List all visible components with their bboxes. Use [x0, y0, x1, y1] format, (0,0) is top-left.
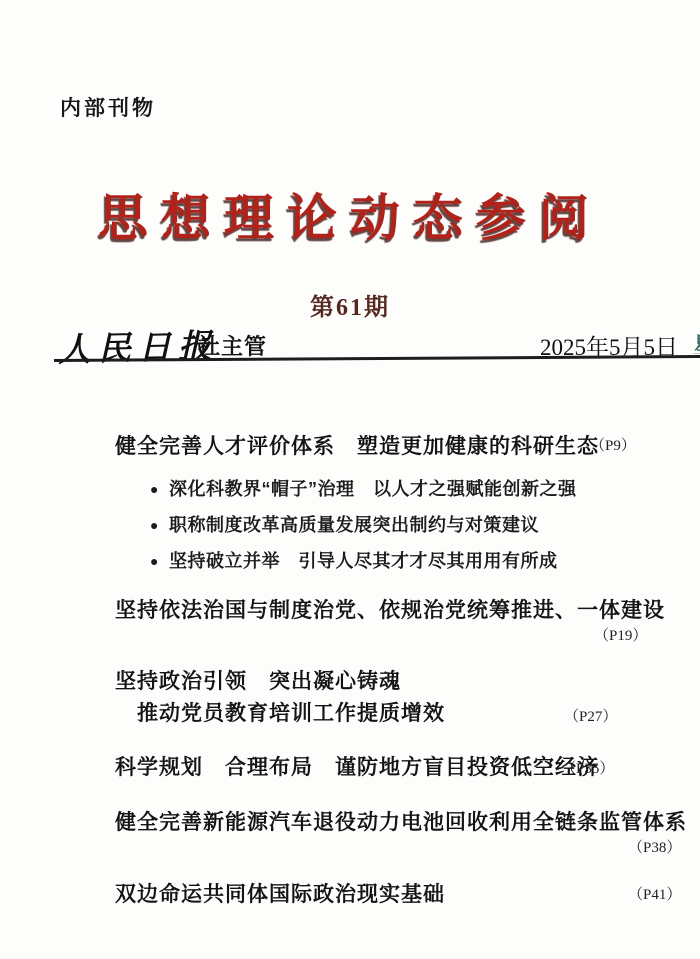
toc-entry-title: 健全完善人才评价体系 塑造更加健康的科研生态: [115, 430, 599, 460]
supervisor-label: 社主管: [198, 330, 267, 361]
toc-page-ref: （P35）: [561, 757, 614, 778]
page-title: 思想理论动态参阅: [0, 178, 700, 250]
toc-page-ref: （P19）: [594, 624, 647, 645]
toc-page-ref: （P9）: [590, 434, 636, 455]
toc-entry-title: 坚持依法治国与制度治党、依规治党统筹推进、一体建设: [115, 594, 665, 624]
clipped-edge-glyph: 星: [693, 332, 700, 354]
toc-bullet-item: ●深化科教界“帽子”治理 以人才之强赋能创新之强: [150, 475, 576, 501]
toc-page-ref: （P41）: [628, 883, 681, 904]
bullet-icon: ●: [150, 481, 159, 497]
peoples-daily-logo: 人民日报: [57, 320, 218, 371]
toc-bullet-item: ●坚持破立并举 引导人尽其才才尽其用用有所成: [150, 547, 557, 573]
issue-number: 第61期: [0, 287, 700, 322]
bullet-icon: ●: [150, 517, 159, 533]
toc-bullet-item: ●职称制度改革高质量发展突出制约与对策建议: [150, 511, 539, 537]
toc-entry-title: 双边命运共同体国际政治现实基础: [115, 878, 445, 908]
toc-entry-title: 健全完善新能源汽车退役动力电池回收利用全链条监管体系: [115, 806, 687, 836]
toc-page-ref: （P38）: [628, 836, 681, 857]
toc-page-ref: （P27）: [564, 705, 617, 726]
toc-entry-title: 坚持政治引领 突出凝心铸魂: [115, 665, 401, 695]
toc-entry-title-line2: 推动党员教育培训工作提质增效: [137, 697, 445, 727]
classification-label: 内部刊物: [60, 92, 156, 122]
toc-bullet-text: 坚持破立并举 引导人尽其才才尽其用用有所成: [169, 551, 558, 571]
clipped-edge-text: 星: [693, 327, 700, 354]
bullet-icon: ●: [150, 553, 159, 569]
toc-bullet-text: 职称制度改革高质量发展突出制约与对策建议: [169, 515, 539, 535]
toc-bullet-text: 深化科教界“帽子”治理 以人才之强赋能创新之强: [169, 479, 577, 499]
journal-cover-page: 内部刊物 思想理论动态参阅 第61期 人民日报 社主管 2025年5月5日 星 …: [0, 0, 700, 959]
toc-entry-title: 科学规划 合理布局 谨防地方盲目投资低空经济: [115, 751, 599, 781]
